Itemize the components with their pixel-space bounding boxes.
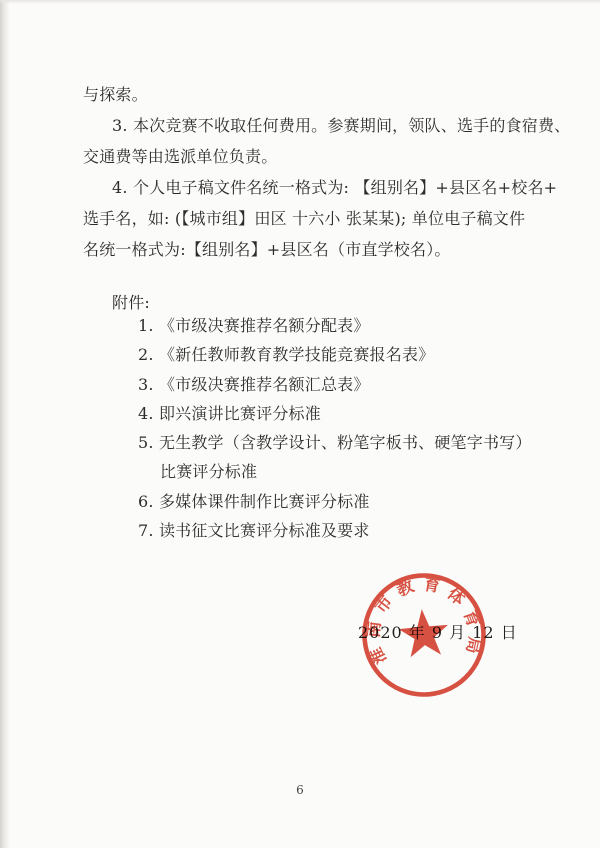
body-line: 选手名，如: (【城市组】田区 十六小 张某某); 单位电子稿文件 [83,209,525,228]
scanned-document-page: 与探索。 3. 本次竞赛不收取任何费用。参赛期间，领队、选手的食宿费、 交通费等… [0,0,600,848]
attachments-heading: 附件: [112,290,150,313]
page-number: 6 [0,783,600,797]
body-line: 3. 本次竞赛不收取任何费用。参赛期间，领队、选手的食宿费、 [112,116,570,135]
scan-edge-shadow-left [0,0,10,848]
body-line: 4. 个人电子稿文件名统一格式为: 【组别名】+县区名+校名+ [112,178,557,197]
attachment-item: 7. 读书征文比赛评分标准及要求 [138,516,540,545]
attachment-item: 4. 即兴演讲比赛评分标准 [138,399,540,428]
attachment-item: 2. 《新任教师教育教学技能竞赛报名表》 [138,340,540,369]
scan-edge-shadow-top [0,0,600,4]
seal-star-icon [397,607,450,658]
attachment-item: 5. 无生教学（含教学设计、粉笔字板书、硬笔字书写）比赛评分标准 [138,428,540,487]
body-line: 交通费等由选派单位负责。 [83,147,277,166]
attachment-item: 6. 多媒体课件制作比赛评分标准 [138,487,540,516]
official-seal-stamp: 淮南市教育体育局 [348,559,500,711]
attachment-item: 1. 《市级决赛推荐名额分配表》 [138,311,540,340]
body-line: 与探索。 [83,85,148,104]
attachments-list: 1. 《市级决赛推荐名额分配表》 2. 《新任教师教育教学技能竞赛报名表》 3.… [138,311,540,545]
attachment-item: 3. 《市级决赛推荐名额汇总表》 [138,370,540,399]
body-line: 名统一格式为:【组别名】+县区名（市直学校名）。 [83,240,451,259]
